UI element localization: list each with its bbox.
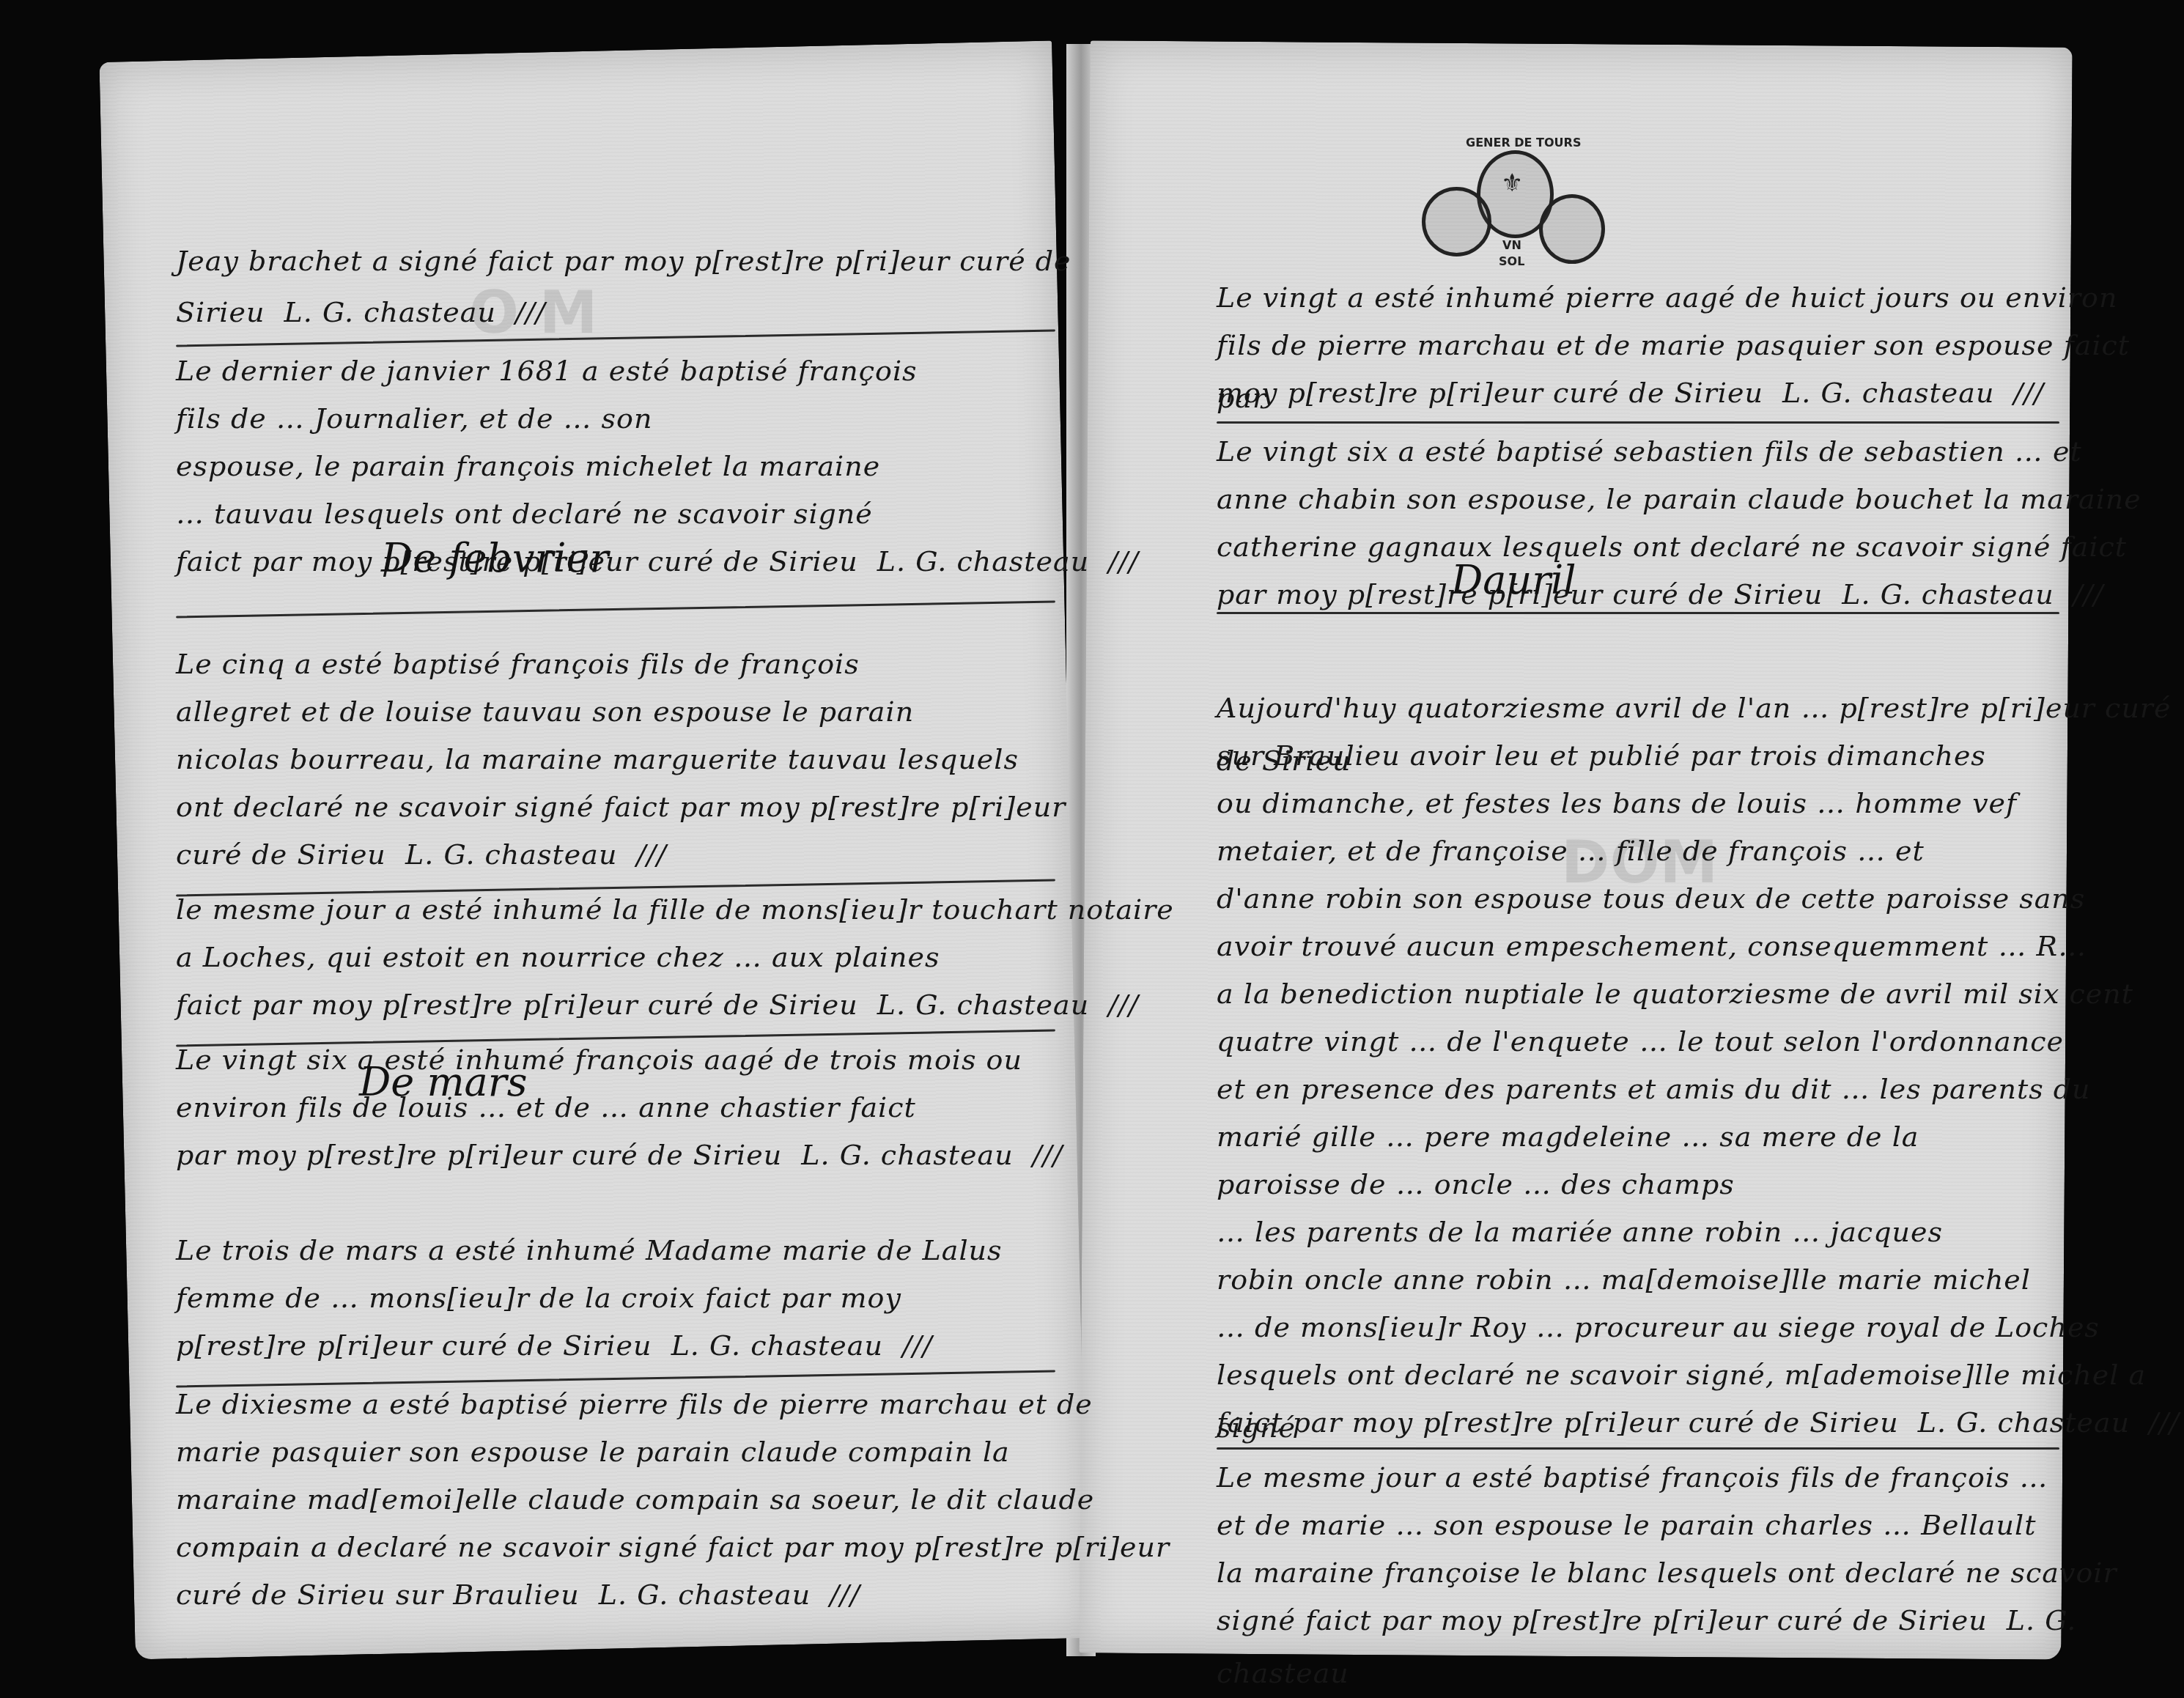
entry-line: Jeay brachet a signé faict par moy p[res… <box>176 235 1071 287</box>
stamp-legend-bottom-2: SOL <box>1499 254 1524 268</box>
entry-line: nicolas bourreau, la maraine marguerite … <box>176 733 1019 786</box>
entry-line: Le vingt six a esté baptisé sebastien fi… <box>1217 425 2082 478</box>
entry-line: fils de … Journalier, et de … son <box>176 392 652 445</box>
entry-line: p[rest]re p[ri]eur curé de Sirieu L. G. … <box>176 1319 933 1372</box>
fleur-de-lis-icon: ⚜ <box>1501 169 1523 198</box>
entry-line: catherine gagnaux lesquels ont declaré n… <box>1217 520 2127 573</box>
entry-line: d'anne robin son espouse tous deux de ce… <box>1217 872 2085 925</box>
entry-line: faict par moy p[rest]re p[ri]eur curé de… <box>1217 1396 2180 1449</box>
entry-line: … de mons[ieu]r Roy … procureur au siege… <box>1217 1301 2100 1354</box>
entry-line: Le mesme jour a esté baptisé françois fi… <box>1217 1451 2058 1504</box>
entry-separator <box>1217 612 2059 614</box>
entry-line: signé faict par moy p[rest]re p[ri]eur c… <box>1217 1594 2184 1698</box>
stamp-legend-top: GENER DE TOURS <box>1466 136 1581 150</box>
entry-line: espouse, le parain françois michelet la … <box>176 440 880 492</box>
stamp-legend-bottom-1: VN <box>1502 238 1521 252</box>
entry-line: robin oncle anne robin … ma[demoise]lle … <box>1217 1253 2031 1306</box>
entry-line: quatre vingt … de l'enquete … le tout se… <box>1217 1015 2064 1068</box>
entry-line: marie pasquier son espouse le parain cla… <box>176 1425 1010 1478</box>
entry-line: … tauvau lesquels ont declaré ne scavoir… <box>176 487 873 540</box>
entry-line: faict par moy p[rest]re p[ri]eur curé de… <box>176 535 1139 588</box>
month-heading-april: Dauril <box>1451 557 1576 603</box>
entry-line: marié gille … pere magdeleine … sa mere … <box>1217 1110 1919 1163</box>
entry-line: femme de … mons[ieu]r de la croix faict … <box>176 1271 901 1324</box>
entry-line: le mesme jour a esté inhumé la fille de … <box>176 883 1174 936</box>
entry-line: Le cinq a esté baptisé françois fils de … <box>176 638 860 690</box>
tax-stamp: GENER DE TOURS VN SOL ⚜ <box>1414 136 1620 275</box>
entry-line: avoir trouvé aucun empeschement, consequ… <box>1217 920 2087 972</box>
entry-line: ou dimanche, et festes les bans de louis… <box>1217 777 2017 830</box>
entry-line: par moy p[rest]re p[ri]eur curé de Sirie… <box>176 1129 1063 1181</box>
entry-line: sur Braulieu avoir leu et publié par tro… <box>1217 729 1986 782</box>
entry-line: allegret et de louise tauvau son espouse… <box>176 685 914 738</box>
entry-line: Le dixiesme a esté baptisé pierre fils d… <box>176 1378 1093 1431</box>
entry-line: Le dernier de janvier 1681 a esté baptis… <box>176 344 918 397</box>
entry-line: metaier, et de françoise … fille de fran… <box>1217 824 1925 877</box>
stamp-left-circle <box>1422 187 1491 256</box>
entry-line: Le vingt six a esté inhumé françois aagé… <box>176 1033 1022 1086</box>
entry-line: a Loches, qui estoit en nourrice chez … … <box>176 931 940 983</box>
entry-line: moy p[rest]re p[ri]eur curé de Sirieu L.… <box>1217 366 2044 419</box>
entry-line: la maraine françoise le blanc lesquels o… <box>1217 1546 2117 1599</box>
entry-line: paroisse de … oncle … des champs <box>1217 1158 1735 1211</box>
entry-line: Le trois de mars a esté inhumé Madame ma… <box>176 1224 1003 1277</box>
entry-line: et de marie … son espouse le parain char… <box>1217 1499 2036 1551</box>
entry-line: faict par moy p[rest]re p[ri]eur curé de… <box>176 978 1139 1031</box>
entry-line: … les parents de la mariée anne robin … … <box>1217 1206 1943 1258</box>
stamp-right-circle <box>1539 194 1605 264</box>
month-heading-march: De mars <box>359 1059 527 1105</box>
entry-line: Le vingt a esté inhumé pierre aagé de hu… <box>1217 271 2117 324</box>
entry-line: a la benediction nuptiale le quatorziesm… <box>1217 967 2133 1020</box>
entry-separator <box>1217 421 2059 424</box>
entry-separator <box>1217 1447 2059 1450</box>
month-heading-february: De febvrier <box>381 535 608 581</box>
entry-line: curé de Sirieu L. G. chasteau /// <box>176 828 667 881</box>
entry-line: anne chabin son espouse, le parain claud… <box>1217 473 2141 525</box>
entry-line: et en presence des parents et amis du di… <box>1217 1063 2091 1115</box>
entry-line: Sirieu L. G. chasteau /// <box>176 286 546 339</box>
entry-line: ont declaré ne scavoir signé faict par m… <box>176 780 1066 833</box>
entry-line: maraine mad[emoi]elle claude compain sa … <box>176 1473 1094 1526</box>
entry-line: environ fils de louis … et de … anne cha… <box>176 1081 916 1134</box>
entry-line: curé de Sirieu sur Braulieu L. G. chaste… <box>176 1568 860 1621</box>
entry-line: compain a declaré ne scavoir signé faict… <box>176 1521 1170 1573</box>
